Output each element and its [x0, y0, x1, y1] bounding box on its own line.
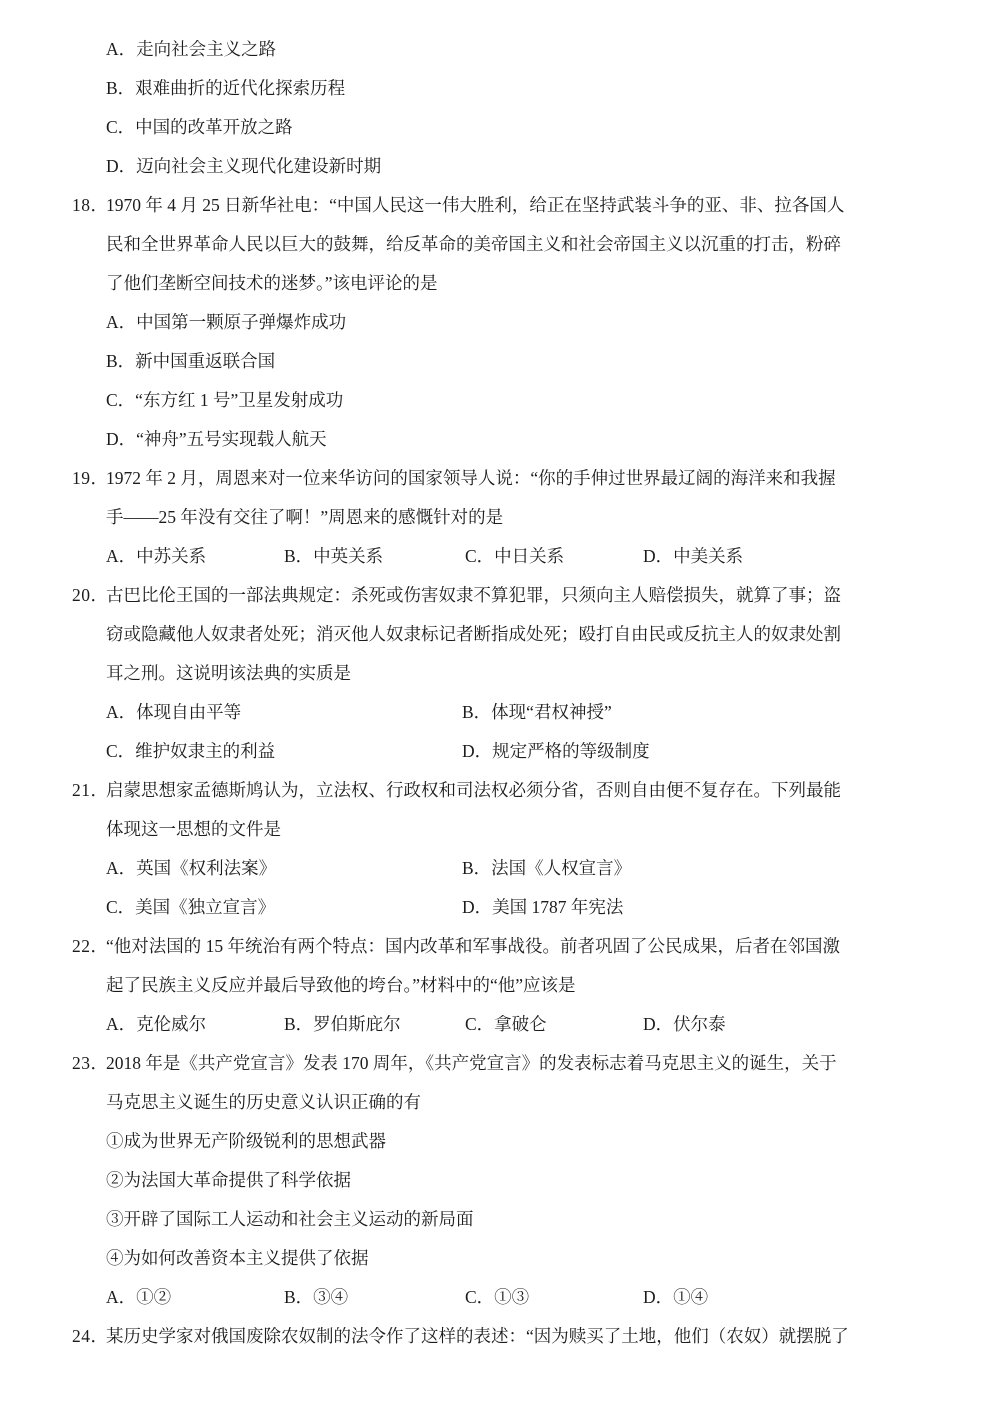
question-18-stem-continuation: 民和全世界革命人民以巨大的鼓舞，给反革命的美帝国主义和社会帝国主义以沉重的打击，…: [0, 225, 992, 264]
question-22-stem-text: “他对法国的 15 年统治有两个特点：国内改革和军事战役。前者巩固了公民成果，后…: [106, 936, 840, 956]
question-21-option-cell: A．英国《权利法案》: [106, 849, 462, 888]
question-23-option-cell: A．①②: [106, 1278, 284, 1317]
question-23-subitem-line: ①成为世界无产阶级锐利的思想武器: [0, 1122, 992, 1161]
question-19-stem-text: 1972 年 2 月，周恩来对一位来华访问的国家领导人说：“你的手伸过世界最辽阔…: [106, 468, 836, 488]
question-22-option-cell: D．伏尔泰: [643, 1005, 726, 1044]
exam-questions-area: A．走向社会主义之路B．艰难曲折的近代化探索历程C．中国的改革开放之路D．迈向社…: [0, 30, 992, 1356]
question-23-subitem-line: ④为如何改善资本主义提供了依据: [0, 1239, 992, 1278]
question-19-option-cell: B．中英关系: [284, 537, 465, 576]
question-20-option-cell: C．维护奴隶主的利益: [106, 732, 462, 771]
question-18-stem-continuation: 了他们垄断空间技术的迷梦。”该电评论的是: [0, 264, 992, 303]
question-24-stem-text: 某历史学家对俄国废除农奴制的法令作了这样的表述：“因为赎买了土地，他们（农奴）就…: [106, 1326, 849, 1346]
question-20-options-row: A．体现自由平等B．体现“君权神授”: [0, 693, 992, 732]
question-21-stem-continuation: 体现这一思想的文件是: [0, 810, 992, 849]
question-23-options-row: A．①②B．③④C．①③D．①④: [0, 1278, 992, 1317]
question-22-option-cell: B．罗伯斯庇尔: [284, 1005, 465, 1044]
question-20-stem-text: 古巴比伦王国的一部法典规定：杀死或伤害奴隶不算犯罪，只须向主人赔偿损失，就算了事…: [106, 585, 841, 605]
question-18-option-line: A．中国第一颗原子弹爆炸成功: [0, 303, 992, 342]
question-23-subitem-line: ②为法国大革命提供了科学依据: [0, 1161, 992, 1200]
question-21-options-row: C．美国《独立宣言》D．美国 1787 年宪法: [0, 888, 992, 927]
question-23-option-cell: C．①③: [465, 1278, 643, 1317]
question-22-option-cell: C．拿破仑: [465, 1005, 643, 1044]
question-23-subitem-line: ③开辟了国际工人运动和社会主义运动的新局面: [0, 1200, 992, 1239]
top-question-option-line: A．走向社会主义之路: [0, 30, 992, 69]
question-22-options-row: A．克伦威尔B．罗伯斯庇尔C．拿破仑D．伏尔泰: [0, 1005, 992, 1044]
question-23-stem-text: 2018 年是《共产党宣言》发表 170 周年，《共产党宣言》的发表标志着马克思…: [106, 1053, 837, 1073]
top-question-option-line: C．中国的改革开放之路: [0, 108, 992, 147]
question-19-number: 19．: [72, 459, 106, 498]
question-21-number: 21．: [72, 771, 106, 810]
question-22-option-cell: A．克伦威尔: [106, 1005, 284, 1044]
question-24-number: 24．: [72, 1317, 106, 1356]
question-20-option-cell: A．体现自由平等: [106, 693, 462, 732]
question-20-option-cell: D．规定严格的等级制度: [462, 732, 650, 771]
question-18-stem-text: 1970 年 4 月 25 日新华社电：“中国人民这一伟大胜利，给正在坚持武装斗…: [106, 195, 844, 215]
question-21-option-cell: B．法国《人权宣言》: [462, 849, 631, 888]
question-23-stem-continuation: 马克思主义诞生的历史意义认识正确的有: [0, 1083, 992, 1122]
question-22-stem-line: 22．“他对法国的 15 年统治有两个特点：国内改革和军事战役。前者巩固了公民成…: [0, 927, 992, 966]
question-19-stem-line: 19．1972 年 2 月，周恩来对一位来华访问的国家领导人说：“你的手伸过世界…: [0, 459, 992, 498]
question-23-stem-line: 23．2018 年是《共产党宣言》发表 170 周年，《共产党宣言》的发表标志着…: [0, 1044, 992, 1083]
question-24-stem-line: 24．某历史学家对俄国废除农奴制的法令作了这样的表述：“因为赎买了土地，他们（农…: [0, 1317, 992, 1356]
question-19-stem-continuation: 手——25 年没有交往了啊！”周恩来的感慨针对的是: [0, 498, 992, 537]
question-18-option-line: C．“东方红 1 号”卫星发射成功: [0, 381, 992, 420]
exam-paper-page: A．走向社会主义之路B．艰难曲折的近代化探索历程C．中国的改革开放之路D．迈向社…: [0, 0, 992, 1403]
question-19-option-cell: D．中美关系: [643, 537, 743, 576]
question-21-option-cell: D．美国 1787 年宪法: [462, 888, 623, 927]
question-22-stem-continuation: 起了民族主义反应并最后导致他的垮台。”材料中的“他”应该是: [0, 966, 992, 1005]
question-20-stem-continuation: 耳之刑。这说明该法典的实质是: [0, 654, 992, 693]
question-23-option-cell: D．①④: [643, 1278, 708, 1317]
top-question-option-line: D．迈向社会主义现代化建设新时期: [0, 147, 992, 186]
question-18-option-line: D．“神舟”五号实现载人航天: [0, 420, 992, 459]
question-21-stem-text: 启蒙思想家孟德斯鸠认为，立法权、行政权和司法权必须分省，否则自由便不复存在。下列…: [106, 780, 841, 800]
question-21-stem-line: 21．启蒙思想家孟德斯鸠认为，立法权、行政权和司法权必须分省，否则自由便不复存在…: [0, 771, 992, 810]
question-18-option-line: B．新中国重返联合国: [0, 342, 992, 381]
top-question-option-line: B．艰难曲折的近代化探索历程: [0, 69, 992, 108]
question-21-options-row: A．英国《权利法案》B．法国《人权宣言》: [0, 849, 992, 888]
question-19-option-cell: A．中苏关系: [106, 537, 284, 576]
question-20-option-cell: B．体现“君权神授”: [462, 693, 612, 732]
question-20-stem-continuation: 窃或隐藏他人奴隶者处死；消灭他人奴隶标记者断指成处死；殴打自由民或反抗主人的奴隶…: [0, 615, 992, 654]
question-18-number: 18．: [72, 186, 106, 225]
question-23-number: 23．: [72, 1044, 106, 1083]
question-20-number: 20．: [72, 576, 106, 615]
question-19-options-row: A．中苏关系B．中英关系C．中日关系D．中美关系: [0, 537, 992, 576]
question-20-options-row: C．维护奴隶主的利益D．规定严格的等级制度: [0, 732, 992, 771]
question-19-option-cell: C．中日关系: [465, 537, 643, 576]
question-21-option-cell: C．美国《独立宣言》: [106, 888, 462, 927]
question-20-stem-line: 20．古巴比伦王国的一部法典规定：杀死或伤害奴隶不算犯罪，只须向主人赔偿损失，就…: [0, 576, 992, 615]
question-18-stem-line: 18．1970 年 4 月 25 日新华社电：“中国人民这一伟大胜利，给正在坚持…: [0, 186, 992, 225]
question-22-number: 22．: [72, 927, 106, 966]
question-23-option-cell: B．③④: [284, 1278, 465, 1317]
